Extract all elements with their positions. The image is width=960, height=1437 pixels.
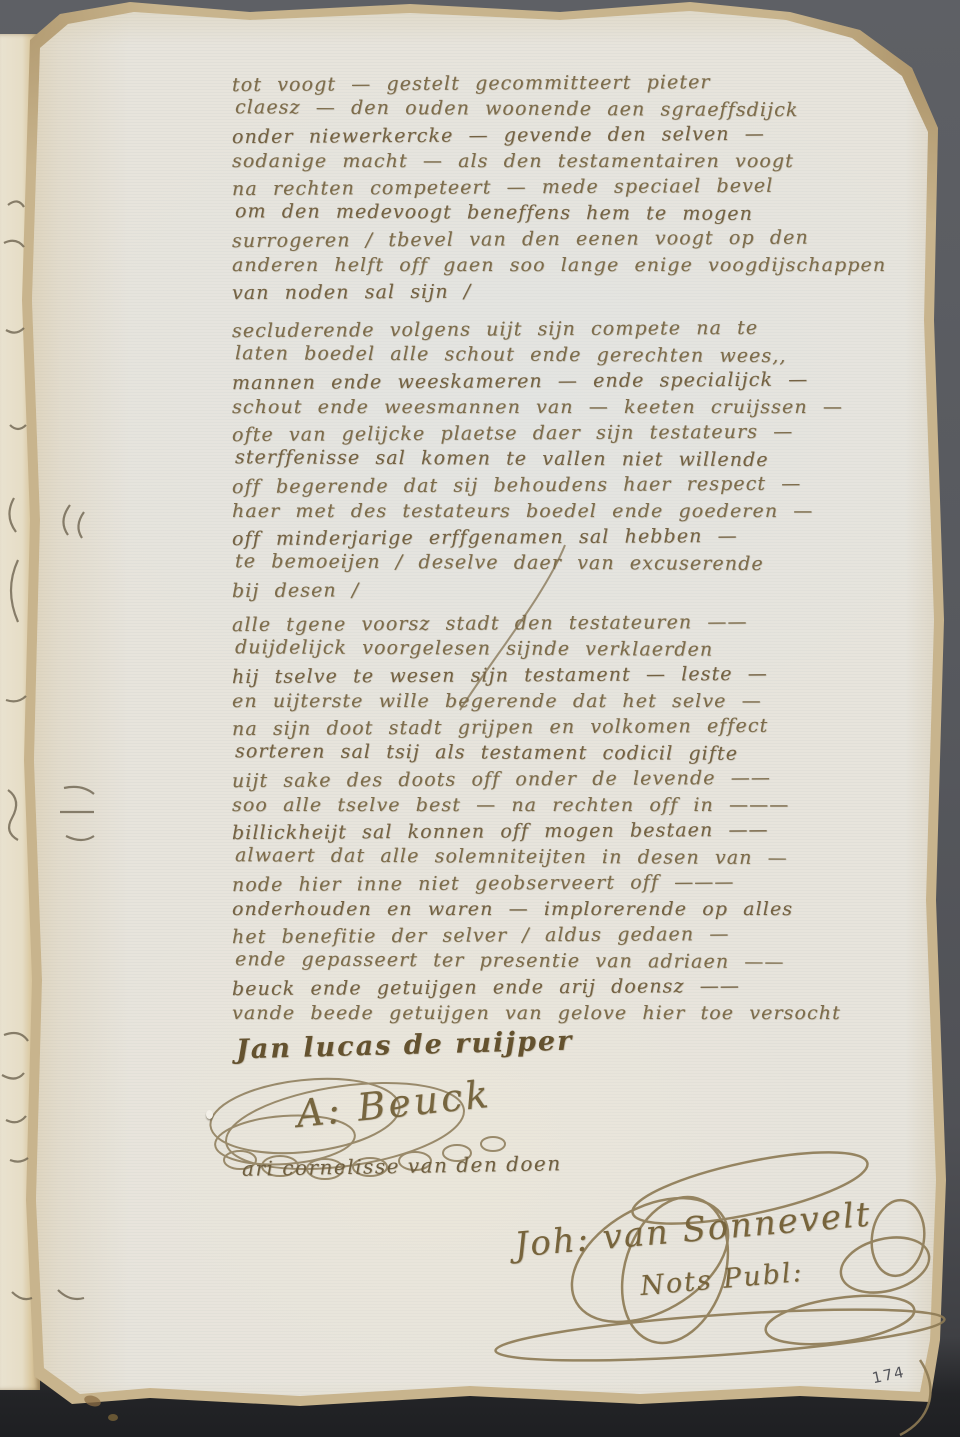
manuscript-line: secluderende volgens uijt sijn compete n… [232,314,912,344]
manuscript-line: beuck ende getuijgen ende arij doensz —— [232,972,912,1002]
manuscript-line: uijt sake des doots off onder de levende… [232,764,912,794]
manuscript-line: off minderjarige erffgenamen sal hebben … [232,522,912,552]
paper-hole [206,1110,213,1119]
manuscript-line: te bemoeijen / deselve daer van excusere… [235,548,915,578]
ink-fragment-strokes [2,201,94,1299]
manuscript-line: onderhouden en waren — implorerende op a… [232,896,912,922]
manuscript-line: alwaert dat alle solemniteijten in desen… [235,842,915,872]
manuscript-line: laten boedel alle schout ende gerechten … [235,340,915,370]
manuscript-line: sterffenisse sal komen te vallen niet wi… [235,444,915,474]
manuscript-line: sorteren sal tsij als testament codicil … [235,738,915,768]
manuscript-line: duijdelijck voorgelesen sijnde verklaerd… [235,634,915,664]
manuscript-line: node hier inne niet geobserveert off ——— [232,868,912,898]
manuscript-text-block: tot voogt — gestelt gecommitteert pieter… [232,70,912,1026]
manuscript-line: onder niewerkercke — gevende den selven … [232,120,912,150]
manuscript-line: ende gepasseert ter presentie van adriae… [235,946,915,976]
manuscript-paragraph: alle tgene voorsz stadt den testateuren … [232,610,912,1026]
manuscript-line: haer met des testateurs boedel ende goed… [232,498,912,524]
manuscript-line: schout ende weesmannen van — keeten crui… [232,394,912,420]
manuscript-line: van noden sal sijn / [232,276,912,306]
manuscript-line: ofte van gelijcke plaetse daer sijn test… [232,418,912,448]
manuscript-paragraph: tot voogt — gestelt gecommitteert pieter… [232,70,912,304]
manuscript-line: hij tselve te wesen sijn testament — les… [232,660,912,690]
manuscript-line: alle tgene voorsz stadt den testateuren … [232,608,912,638]
paper-stain [108,1414,118,1421]
manuscript-line: anderen helft off gaen soo lange enige v… [232,252,912,278]
manuscript-line: vande beede getuijgen van gelove hier to… [232,1000,912,1026]
manuscript-line: surrogeren / tbevel van den eenen voogt … [232,224,912,254]
manuscript-line: billickheijt sal konnen off mogen bestae… [232,816,912,846]
adjacent-page-ink-marks [0,0,110,1437]
manuscript-line: na rechten competeert — mede speciael be… [232,172,912,202]
scan-background: tot voogt — gestelt gecommitteert pieter… [0,0,960,1437]
manuscript-line: het benefitie der selver / aldus gedaen … [232,920,912,950]
manuscript-line: claesz — den ouden woonende aen sgraeffs… [235,94,915,124]
manuscript-line: off begerende dat sij behoudens haer res… [232,470,912,500]
manuscript-line: en uijterste wille begerende dat het sel… [232,688,912,714]
manuscript-paragraph: secluderende volgens uijt sijn compete n… [232,316,912,602]
manuscript-line: tot voogt — gestelt gecommitteert pieter [232,68,912,98]
manuscript-line: om den medevoogt beneffens hem te mogen [235,198,915,228]
manuscript-line: na sijn doot stadt grijpen en volkomen e… [232,712,912,742]
manuscript-line: soo alle tselve best — na rechten off in… [232,792,912,818]
manuscript-line: bij desen / [232,574,912,604]
manuscript-line: sodanige macht — als den testamentairen … [232,148,912,174]
manuscript-line: mannen ende weeskameren — ende specialij… [232,366,912,396]
